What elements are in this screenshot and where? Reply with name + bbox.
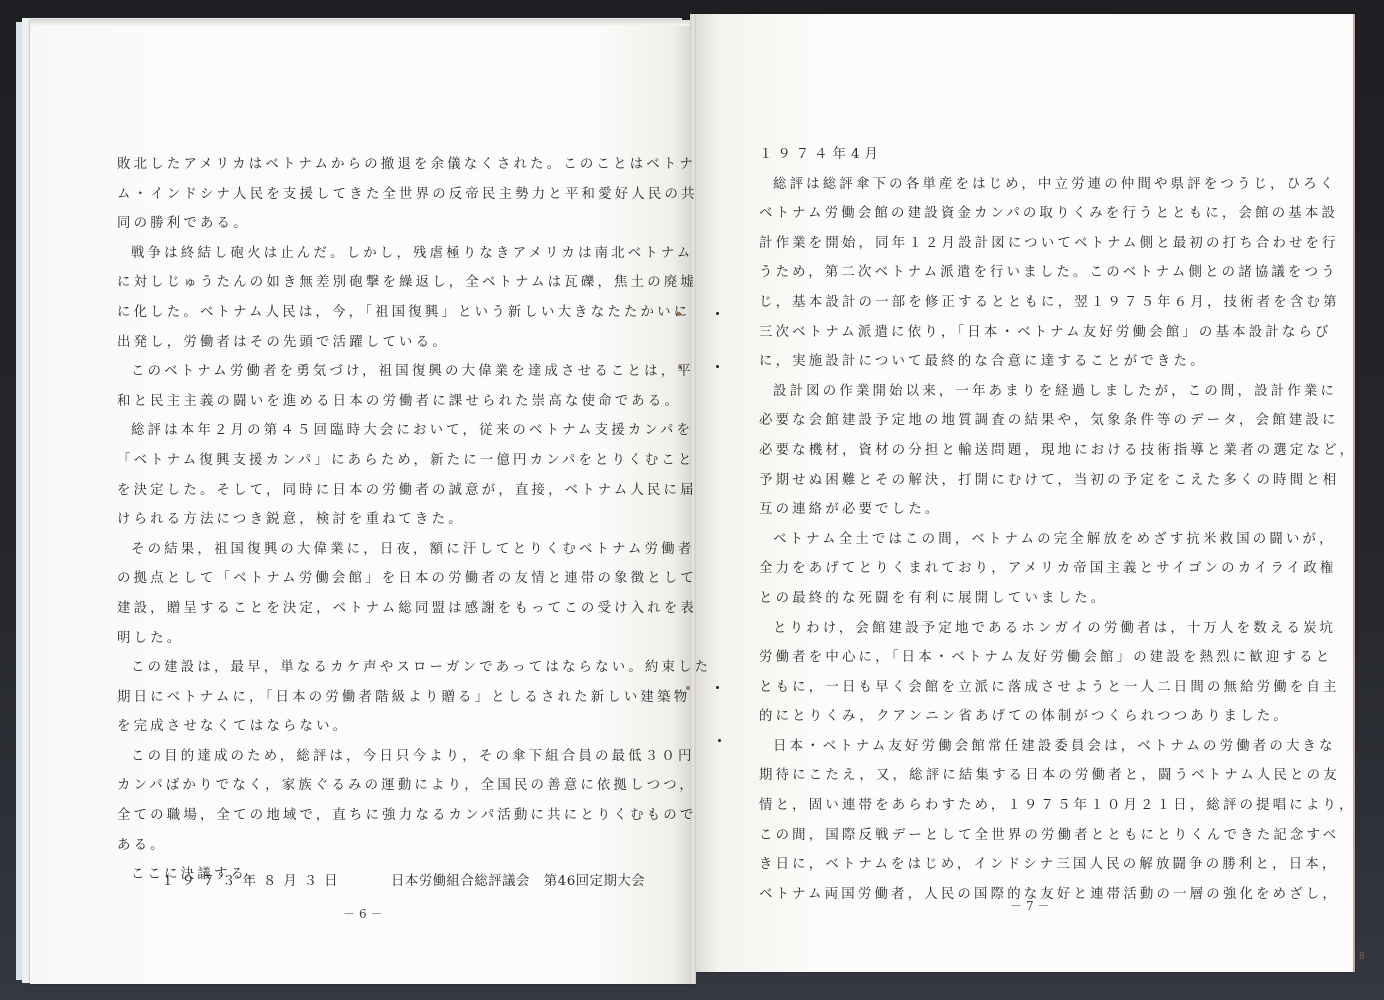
text-line: 互の連絡が必要でした。 (759, 495, 1289, 525)
resolution-date: １９７３年８月３日 (161, 870, 345, 889)
text-line: 「ベトナム復興支援カンパ」にあらため，新たに一億円カンパをとりくむこと (117, 446, 647, 476)
text-line: に，実施設計について最終的な合意に達することができた。 (759, 347, 1289, 377)
text-line: じ，基本設計の一部を修正するとともに，翌１９７５年６月，技術者を含む第 (759, 288, 1289, 318)
text-line: 設計図の作業開始以来，一年あまりを経過しましたが，この間，設計作業に (759, 377, 1289, 407)
text-line: との最終的な死闘を有利に展開していました。 (759, 584, 1289, 614)
text-line: を完成させなくてはならない。 (117, 712, 647, 742)
text-line: 戦争は終結し砲火は止んだ。しかし，残虐極りなきアメリカは南北ベトナム (117, 239, 647, 269)
text-line: うため，第二次ベトナム派遣を行いました。このベトナム側との諸協議をつう (759, 258, 1289, 288)
text-line: この間，国際反戦デーとして全世界の労働者とともにとりくんできた記念すべ (759, 821, 1289, 851)
punch-hole (716, 365, 719, 368)
punch-hole (718, 739, 721, 742)
text-line: その結果，祖国復興の大偉業に，日夜，額に汗してとりくむベトナム労働者 (117, 535, 647, 565)
text-line: 日本・ベトナム友好労働会館常任建設委員会は，ベトナムの労働者の大きな (759, 732, 1289, 762)
text-line: 必要な会館建設予定地の地質調査の結果や，気象条件等のデータ，会館建設に (759, 406, 1289, 436)
page-number-left: －6－ (343, 905, 387, 922)
page-number-right: －7－ (1010, 897, 1054, 914)
text-line: 期日にベトナムに，「日本の労働者階級より贈る」としるされた新しい建築物 (117, 683, 647, 713)
left-page-body: 敗北したアメリカはベトナムからの撤退を余儀なくされた。このことはベトナム・インド… (117, 150, 647, 890)
text-line: き日に，ベトナムをはじめ，インドシナ三国人民の解放闘争の勝利と，日本， (759, 850, 1289, 880)
text-line: 敗北したアメリカはベトナムからの撤退を余儀なくされた。このことはベトナ (117, 150, 647, 180)
text-line: けられる方法につき鋭意，検討を重ねてきた。 (117, 505, 647, 535)
text-line: ベトナム労働会館の建設資金カンパの取りくみを行うとともに，会館の基本設 (759, 199, 1289, 229)
section-heading-date: １９７４年4月 (759, 140, 1289, 170)
text-line: 全力をあげてとりくまれており，アメリカ帝国主義とサイゴンのカイライ政権 (759, 554, 1289, 584)
text-line: このベトナム労働者を勇気づけ，祖国復興の大偉業を達成させることは，平 (117, 357, 647, 387)
right-page-body: １９７４年4月 総評は総評傘下の各単産をはじめ，中立労連の仲間や県評をつうじ，ひ… (759, 140, 1289, 909)
text-line: とりわけ，会館建設予定地であるホンガイの労働者は，十万人を数える炭坑 (759, 614, 1289, 644)
text-line: カンパばかりでなく，家族ぐるみの運動により，全国民の善意に依拠しつつ， (117, 771, 647, 801)
text-line: 出発し，労働者はその先頭で活躍している。 (117, 328, 647, 358)
punch-hole (716, 686, 719, 689)
text-line: 情と，固い連帯をあらわすため，１９７５年１０月２１日，総評の提唱により， (759, 791, 1289, 821)
text-line: 期待にこたえ，又，総評に結集する日本の労働者と，闘うベトナム人民との友 (759, 761, 1289, 791)
text-line: 総評は本年２月の第４５回臨時大会において，従来のベトナム支援カンパを (117, 416, 647, 446)
resolution-organization: 日本労働組合総評議会 第46回定期大会 (391, 870, 645, 889)
text-line: この目的達成のため，総評は，今日只今より，その傘下組合員の最低３０円 (117, 742, 647, 772)
text-line: を決定した。そして，同時に日本の労働者の誠意が，直接，ベトナム人民に届 (117, 476, 647, 506)
text-line: 三次ベトナム派遣に依り，「日本・ベトナム友好労働会館」の基本設計ならび (759, 318, 1289, 348)
text-line: の拠点として「ベトナム労働会館」を日本の労働者の友情と連帯の象徴として (117, 564, 647, 594)
text-line: 必要な機材，資材の分担と輸送問題，現地における技術指導と業者の選定など， (759, 436, 1289, 466)
text-line: 明した。 (117, 624, 647, 654)
text-line: に化した。ベトナム人民は，今，「祖国復興」という新しい大きなたたかいに (117, 298, 647, 328)
text-line: 的にとりくみ，クアンニン省あげての体制がつくられつつありました。 (759, 702, 1289, 732)
text-line: 同の勝利である。 (117, 209, 647, 239)
left-page-top-edge (30, 20, 692, 26)
corner-mark: 8 (1359, 952, 1365, 962)
text-line: 予期せぬ困難とその解決，打開にむけて，当初の予定をこえた多くの時間と相 (759, 466, 1289, 496)
text-line: 全ての職場，全ての地域で，直ちに強力なるカンパ活動に共にとりくむもので (117, 801, 647, 831)
text-line: 総評は総評傘下の各単産をはじめ，中立労連の仲間や県評をつうじ，ひろく (759, 170, 1289, 200)
text-line: ム・インドシナ人民を支援してきた全世界の反帝民主勢力と平和愛好人民の共 (117, 180, 647, 210)
text-line: 労働者を中心に，「日本・ベトナム友好労働会館」の建設を熱烈に歓迎すると (759, 643, 1289, 673)
text-line: 建設，贈呈することを決定，ベトナム総同盟は感謝をもってこの受け入れを表 (117, 594, 647, 624)
text-line: 計作業を開始，同年１２月設計図についてベトナム側と最初の打ち合わせを行 (759, 229, 1289, 259)
text-line: に対しじゅうたんの如き無差別砲撃を繰返し，全ベトナムは瓦礫，焦土の廃墟 (117, 268, 647, 298)
text-line: ベトナム全土ではこの間，ベトナムの完全解放をめざす抗米救国の闘いが， (759, 525, 1289, 555)
right-page-paragraphs: 総評は総評傘下の各単産をはじめ，中立労連の仲間や県評をつうじ，ひろくベトナム労働… (759, 170, 1289, 910)
text-line: この建設は，最早，単なるカケ声やスローガンであってはならない。約束した (117, 653, 647, 683)
text-line: 和と民主主義の闘いを進める日本の労働者に課せられた崇高な使命である。 (117, 387, 647, 417)
text-line: ともに，一日も早く会館を立派に落成させようと一人二日間の無給労働を自主 (759, 673, 1289, 703)
punch-hole (716, 312, 719, 315)
text-line: ある。 (117, 831, 647, 861)
